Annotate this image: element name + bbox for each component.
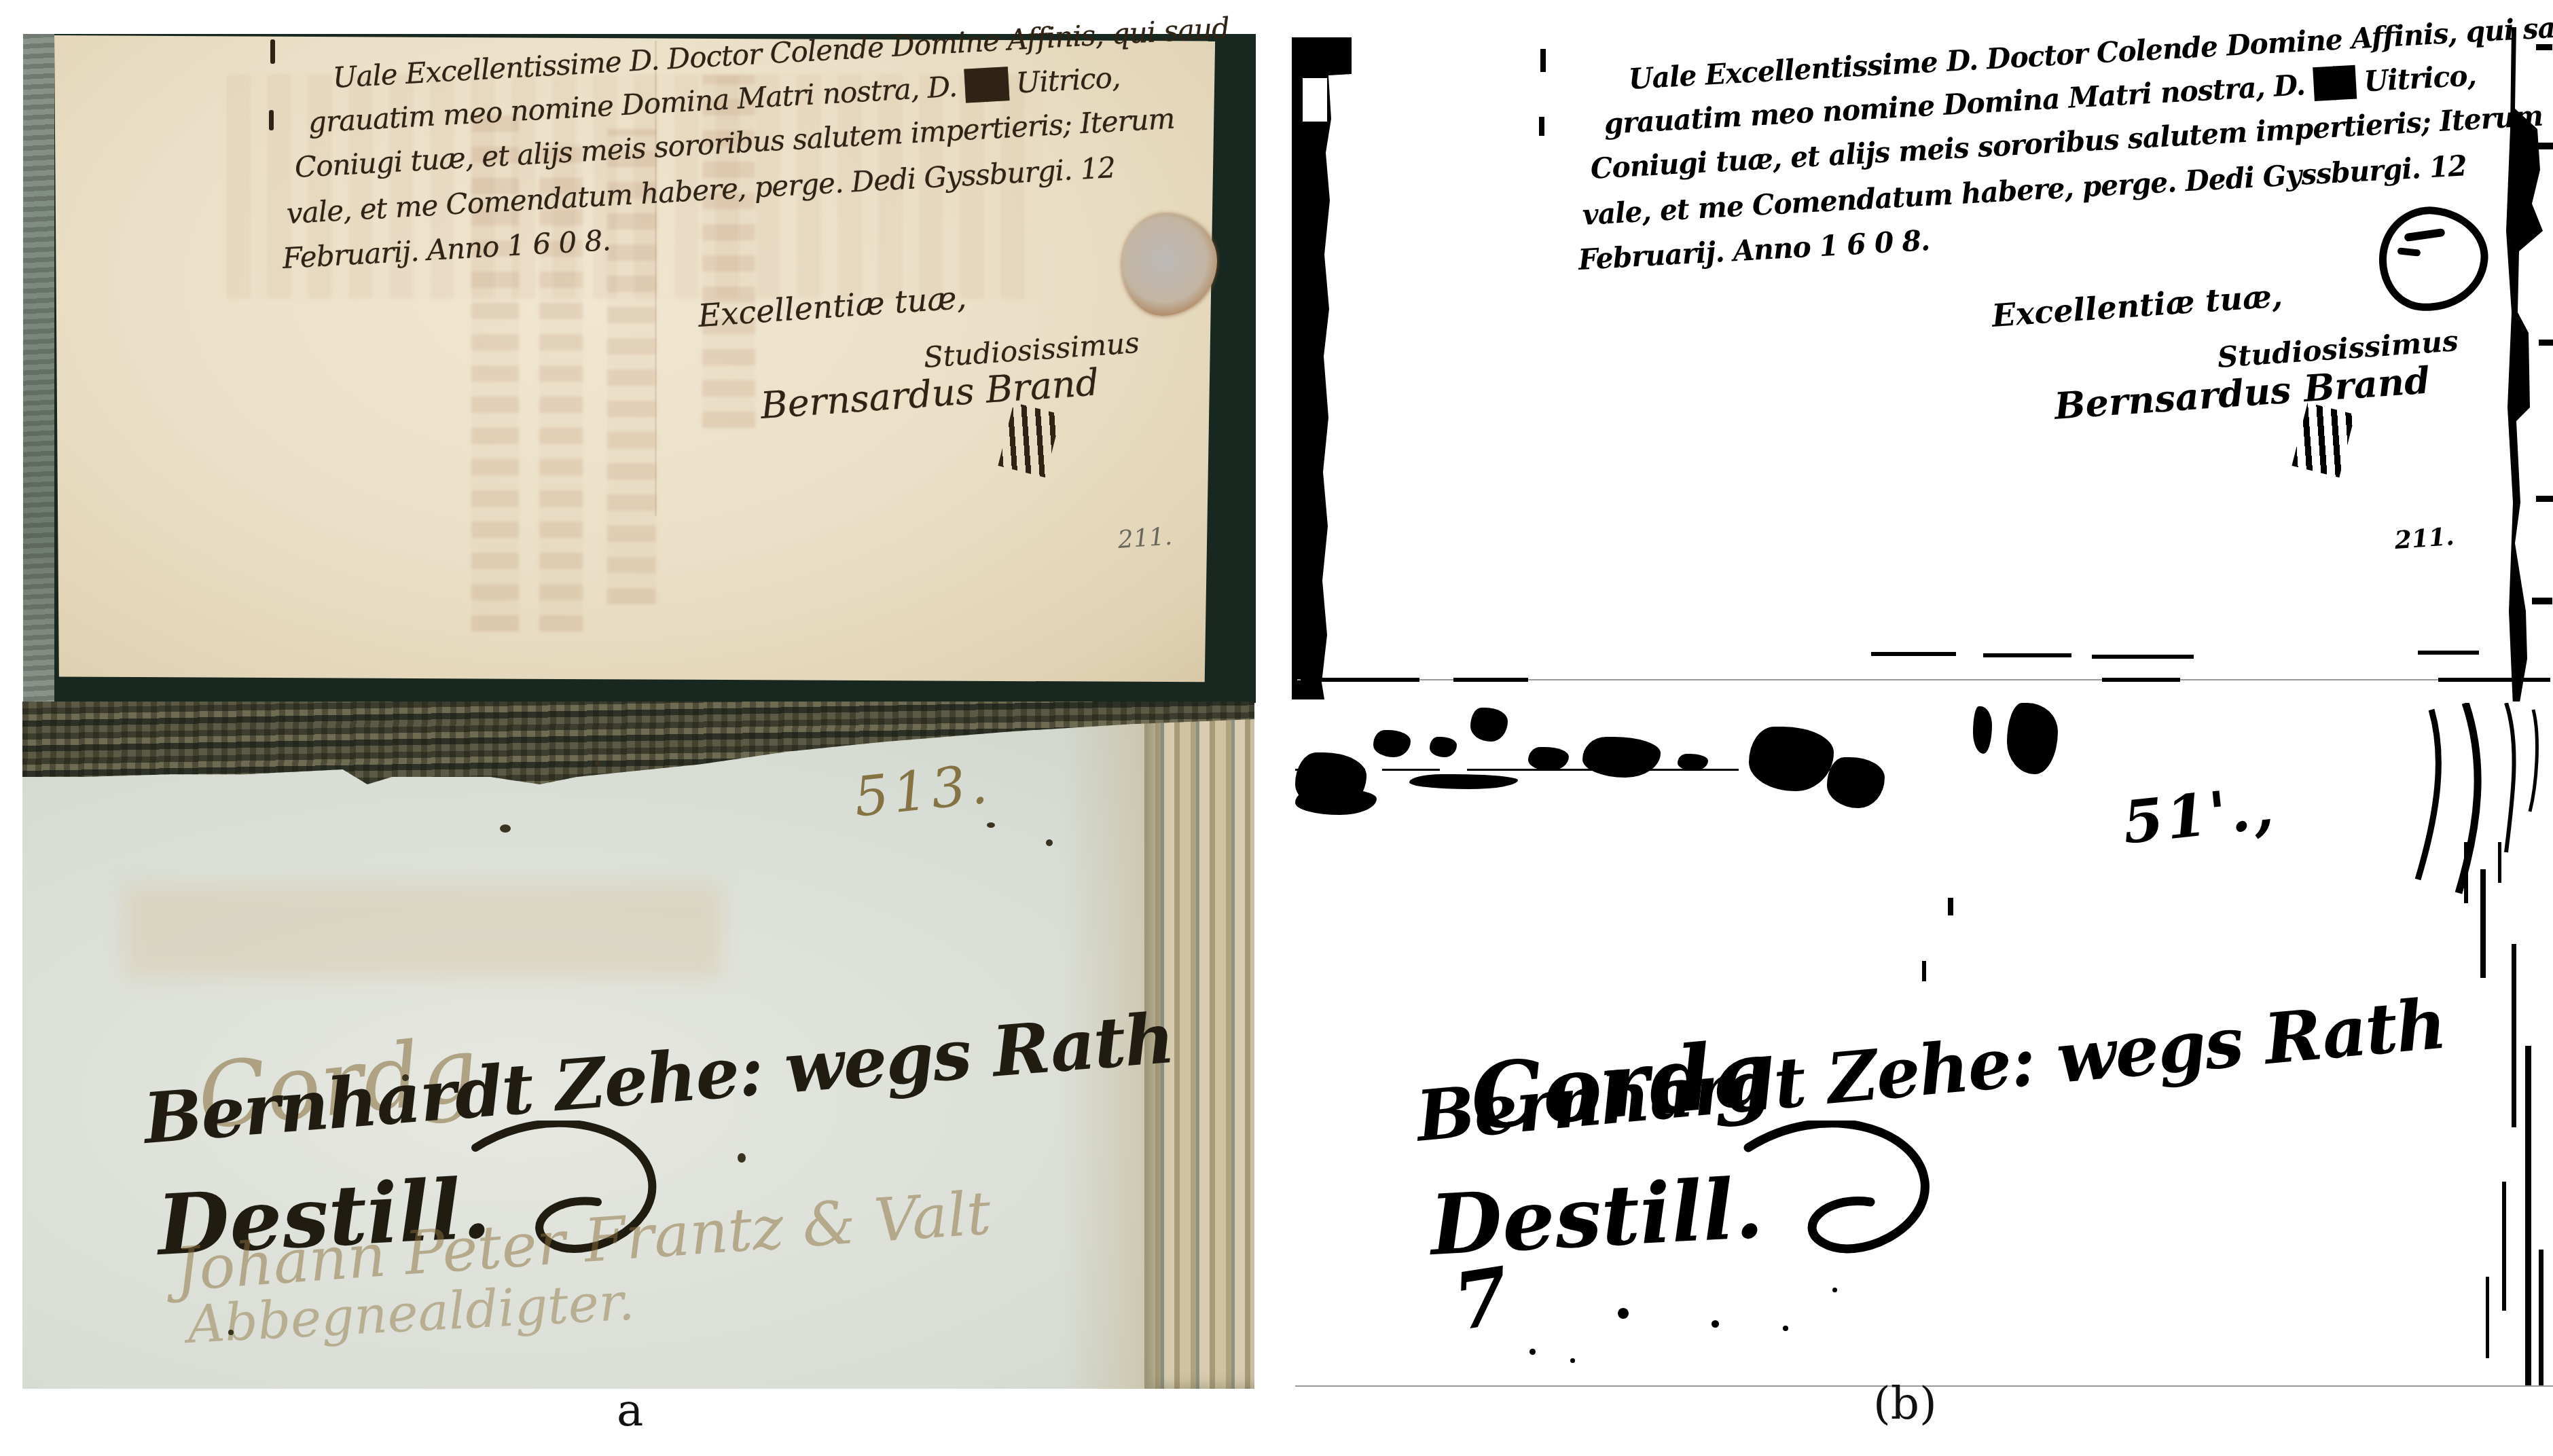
figure-root: Uale Excellentissime D. Doctor Colende D… <box>0 0 2553 1456</box>
margin-tick <box>270 39 275 64</box>
binarized-dot <box>1783 1326 1788 1331</box>
ink-speck <box>228 1330 234 1335</box>
page-number-pencil: 211. <box>1117 522 1174 553</box>
binarized-blotch <box>1827 757 1885 808</box>
binarized-blotch <box>2007 703 2058 774</box>
binarized-bottom-dash <box>2418 651 2479 655</box>
fabric-strip <box>23 34 54 703</box>
binarized-folio-number: 51'., <box>2120 773 2279 858</box>
binarized-dot <box>1529 1349 1536 1355</box>
binarized-bottom-dash <box>2092 655 2194 659</box>
ink-speck <box>595 761 600 766</box>
binarized-dot <box>1712 1320 1719 1328</box>
binarized-blotch <box>1470 708 1508 742</box>
binarized-bottom-dash <box>1301 678 1419 682</box>
binarized-margin-tick <box>1539 117 1544 136</box>
ink-speck <box>1046 839 1053 846</box>
letter-binarized-panel: Uale Excellentissime D. Doctor Colende D… <box>1290 7 2553 703</box>
binarized-dash-line <box>1382 769 1440 771</box>
binarized-signature-swash <box>1741 1121 1945 1277</box>
letter-photo-panel: Uale Excellentissime D. Doctor Colende D… <box>23 34 1256 703</box>
binarized-dash-line <box>1295 769 1365 771</box>
ink-speck <box>738 1153 746 1163</box>
binarized-edge-streaks-right <box>2445 842 2553 1385</box>
binarized-blotch <box>1973 706 1992 754</box>
binarized-blotch <box>1528 747 1569 771</box>
binarized-blotch <box>1373 730 1411 757</box>
binarized-dash-line <box>1467 769 1623 771</box>
binarized-blotch <box>1430 737 1457 757</box>
binarized-letter-line: Februarij. Anno 1 6 0 8. <box>1578 223 1931 276</box>
binarized-right-edge-line <box>2498 27 2553 706</box>
binarized-blotch <box>1749 727 1834 791</box>
binarized-dot <box>1570 1358 1575 1363</box>
binarized-dot <box>1832 1288 1837 1292</box>
ink-speck <box>500 824 511 833</box>
binarized-dash-line <box>1759 769 1875 771</box>
binarized-bottom-dash <box>1453 678 1528 682</box>
binarized-dash-line <box>1644 769 1739 771</box>
stain-wash <box>124 884 722 979</box>
ink-speck <box>987 822 995 828</box>
margin-tick <box>269 110 274 130</box>
binarized-bottom-dash <box>1983 653 2071 657</box>
ink-stain-outline <box>2374 202 2493 317</box>
ink-speck <box>402 1074 409 1081</box>
binarized-left-edge-bar <box>1292 37 1354 699</box>
binarized-blotch <box>1582 737 1661 778</box>
binarized-blotch <box>1409 774 1518 789</box>
panel-b-label: (b) <box>1873 1377 1937 1430</box>
binarized-margin-tick <box>1540 49 1546 72</box>
binarized-blotch <box>1295 788 1377 815</box>
binarized-bottom-dash <box>2102 678 2180 682</box>
binarized-tick <box>1948 898 1953 915</box>
binarized-signature-flourish <box>2292 403 2355 478</box>
book-photo-panel: 513. Cordg Bernhardt Zehe: wegs Rath Des… <box>22 702 1254 1389</box>
panel-a-label: a <box>617 1384 643 1436</box>
folio-number: 513. <box>851 752 994 829</box>
binarized-dot <box>1618 1308 1629 1319</box>
binarized-closing-salutation: Excellentiæ tuæ, <box>1991 277 2283 334</box>
binarized-page-number: 211. <box>2394 522 2455 555</box>
binarized-tick <box>1922 961 1926 981</box>
binarized-bottom-dash <box>1871 652 1956 656</box>
binarized-bottom-dash <box>2438 678 2550 682</box>
book-binarized-panel: 51'., Cordg Bernhardt Zehe: wegs Rath De… <box>1290 702 2553 1389</box>
